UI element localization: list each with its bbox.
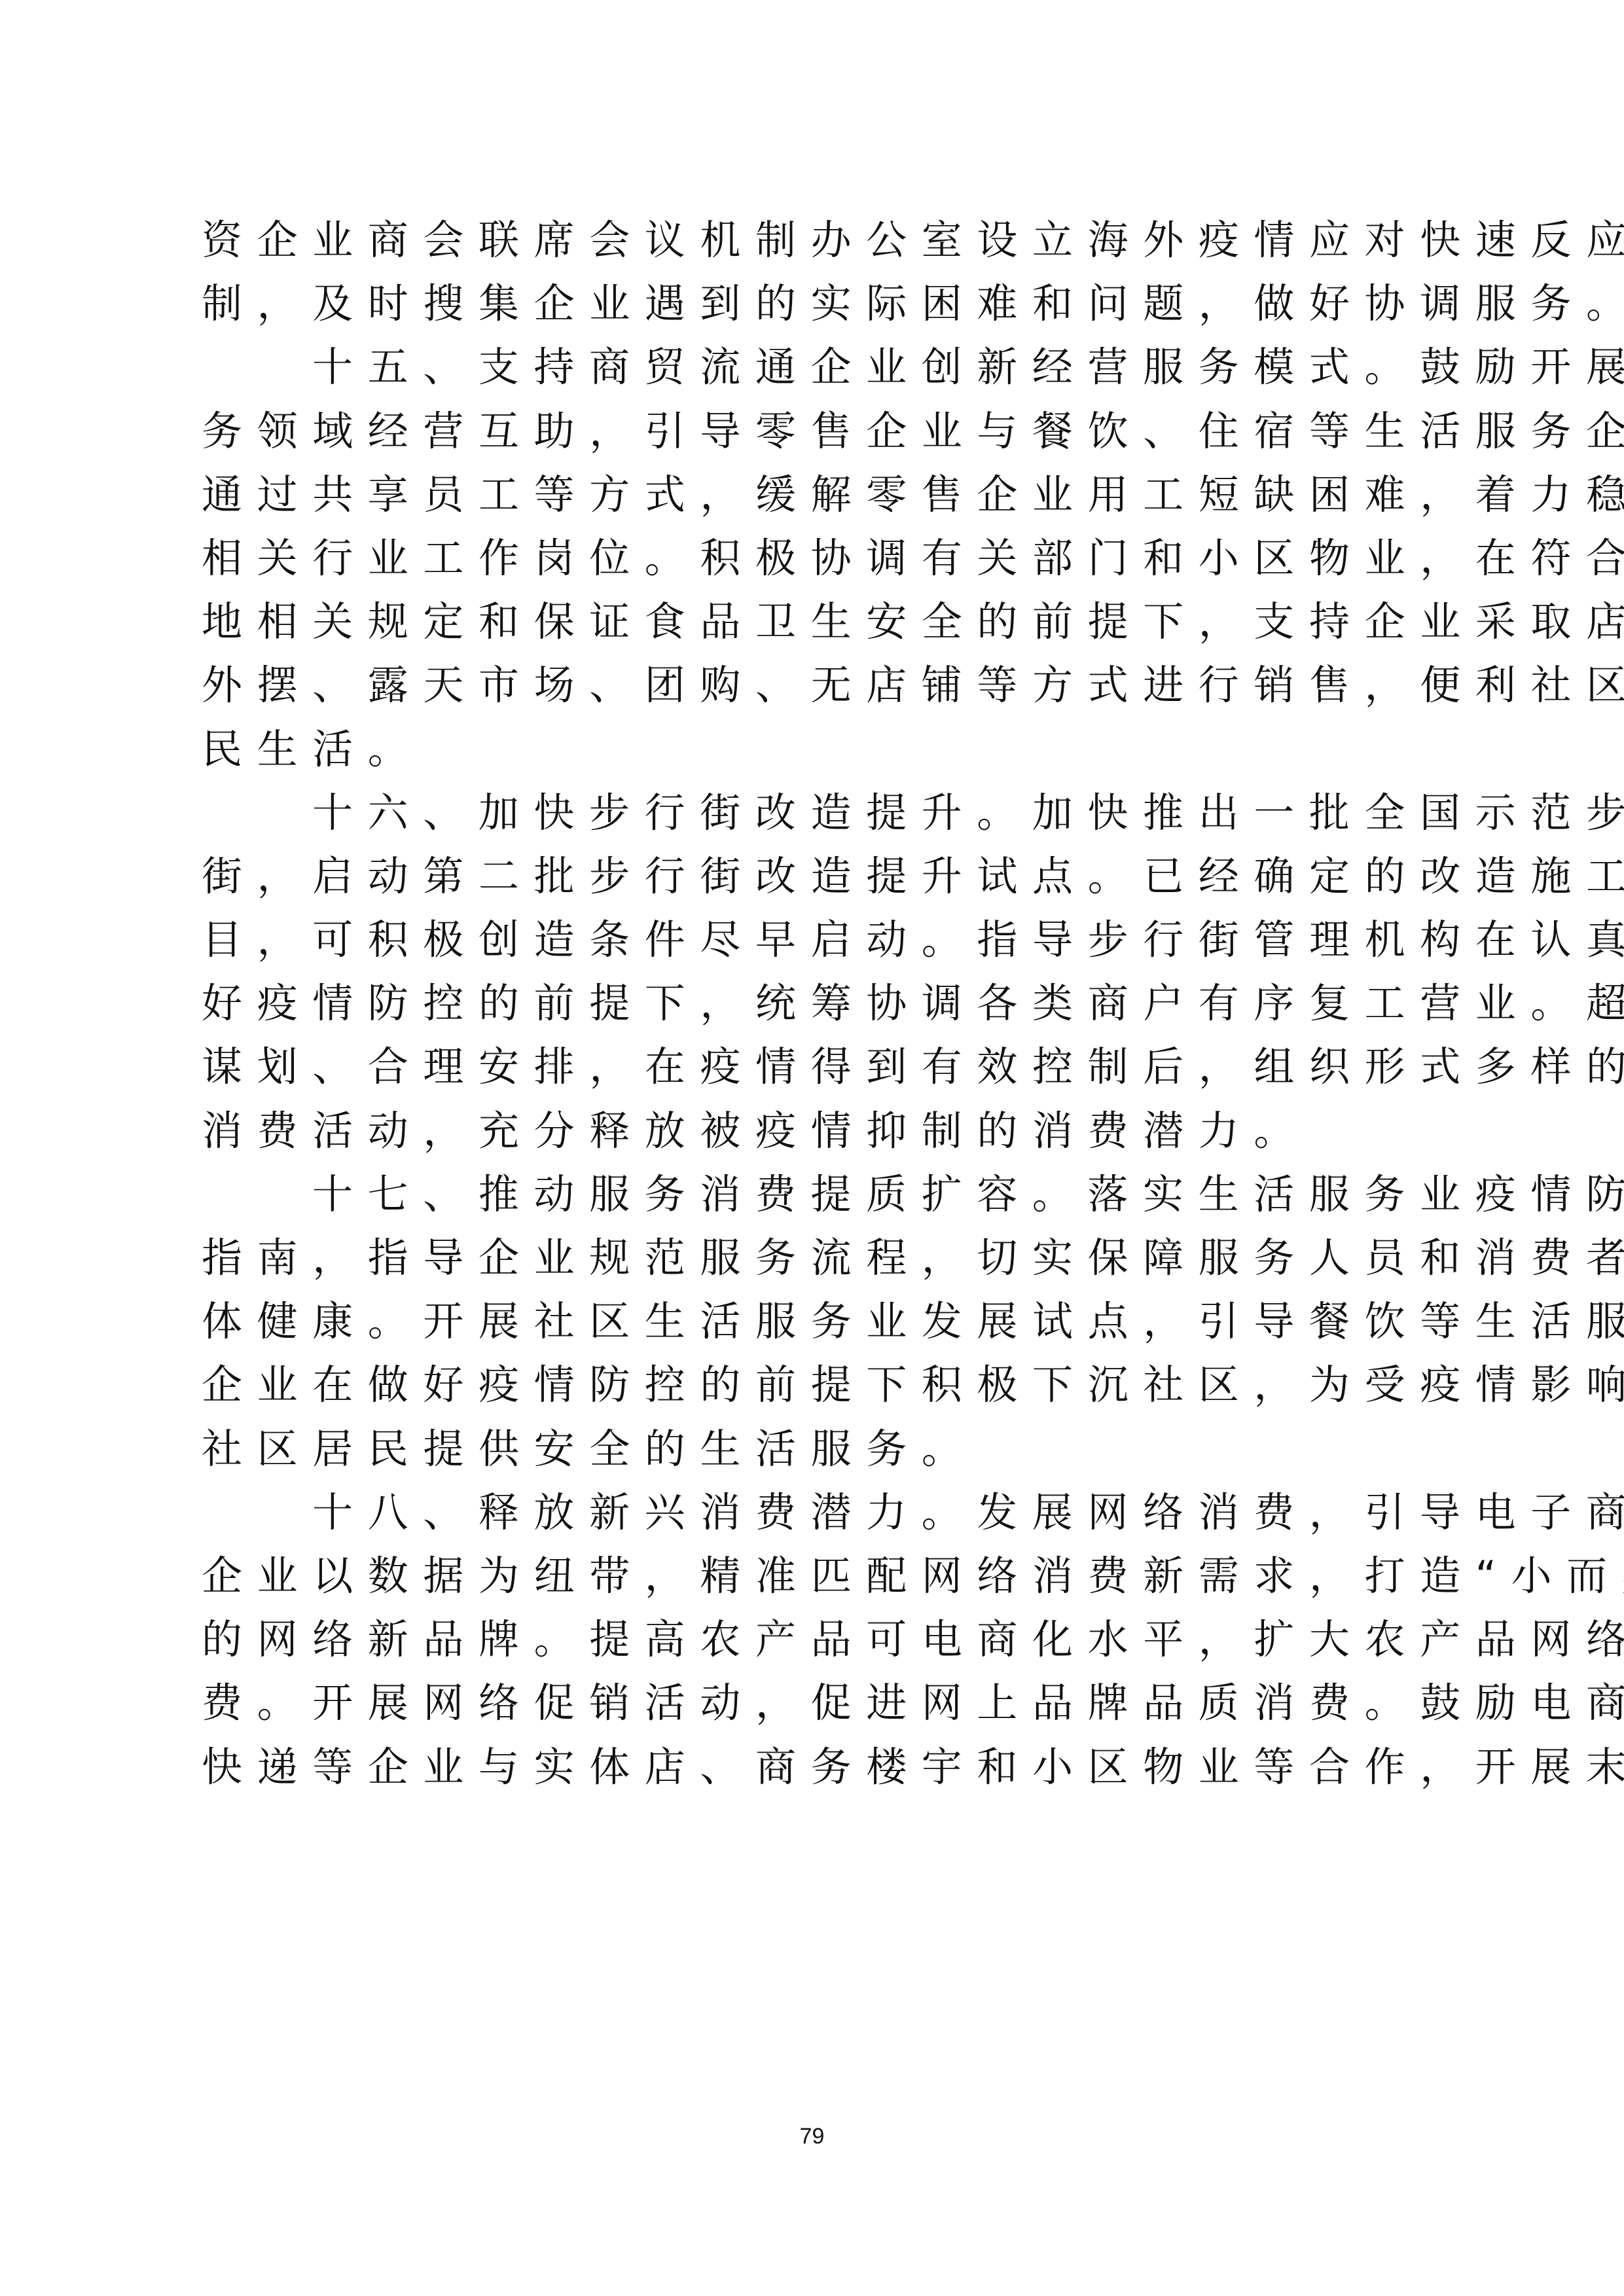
- paragraph-line: 制，及时搜集企业遇到的实际困难和问题，做好协调服务。: [202, 272, 1420, 335]
- paragraph-line: 社区居民提供安全的生活服务。: [202, 1417, 1420, 1480]
- section-heading-line-18: 十八、释放新兴消费潜力。发展网络消费，引导电子商务: [202, 1480, 1420, 1544]
- paragraph-line: 消费活动，充分释放被疫情抑制的消费潜力。: [202, 1099, 1420, 1162]
- paragraph-line: 企业以数据为纽带，精准匹配网络消费新需求，打造“小而美”: [202, 1544, 1420, 1607]
- paragraph-line: 快递等企业与实体店、商务楼宇和小区物业等合作，开展末端: [202, 1735, 1420, 1799]
- paragraph-line: 外摆、露天市场、团购、无店铺等方式进行销售，便利社区居: [202, 653, 1420, 717]
- paragraph-line: 相关行业工作岗位。积极协调有关部门和小区物业，在符合各: [202, 526, 1420, 590]
- paragraph-line: 的网络新品牌。提高农产品可电商化水平，扩大农产品网络消: [202, 1607, 1420, 1671]
- paragraph-line: 民生活。: [202, 717, 1420, 781]
- paragraph-line: 谋划、合理安排，在疫情得到有效控制后，组织形式多样的促: [202, 1035, 1420, 1098]
- paragraph-line: 费。开展网络促销活动，促进网上品牌品质消费。鼓励电商、: [202, 1671, 1420, 1734]
- paragraph-line: 地相关规定和保证食品卫生安全的前提下，支持企业采取店铺: [202, 590, 1420, 653]
- paragraph-line: 资企业商会联席会议机制办公室设立海外疫情应对快速反应机: [202, 208, 1420, 272]
- paragraph-line: 目，可积极创造条件尽早启动。指导步行街管理机构在认真做: [202, 908, 1420, 971]
- paragraph-line: 体健康。开展社区生活服务业发展试点，引导餐饮等生活服务: [202, 1289, 1420, 1353]
- paragraph-line: 指南，指导企业规范服务流程，切实保障服务人员和消费者身: [202, 1226, 1420, 1289]
- section-heading-line-16: 十六、加快步行街改造提升。加快推出一批全国示范步行: [202, 781, 1420, 844]
- document-page: 资企业商会联席会议机制办公室设立海外疫情应对快速反应机 制，及时搜集企业遇到的实…: [0, 0, 1624, 2296]
- paragraph-line: 好疫情防控的前提下，统筹协调各类商户有序复工营业。超前: [202, 971, 1420, 1035]
- paragraph-line: 企业在做好疫情防控的前提下积极下沉社区，为受疫情影响的: [202, 1353, 1420, 1416]
- page-number: 79: [0, 2124, 1624, 2149]
- paragraph-line: 通过共享员工等方式，缓解零售企业用工短缺困难，着力稳定: [202, 463, 1420, 526]
- section-heading-line-15: 十五、支持商贸流通企业创新经营服务模式。鼓励开展商: [202, 335, 1420, 399]
- section-heading-line-17: 十七、推动服务消费提质扩容。落实生活服务业疫情防控: [202, 1162, 1420, 1226]
- paragraph-line: 务领域经营互助，引导零售企业与餐饮、住宿等生活服务企业: [202, 399, 1420, 463]
- document-body: 资企业商会联席会议机制办公室设立海外疫情应对快速反应机 制，及时搜集企业遇到的实…: [202, 208, 1420, 1799]
- paragraph-line: 街，启动第二批步行街改造提升试点。已经确定的改造施工项: [202, 844, 1420, 908]
